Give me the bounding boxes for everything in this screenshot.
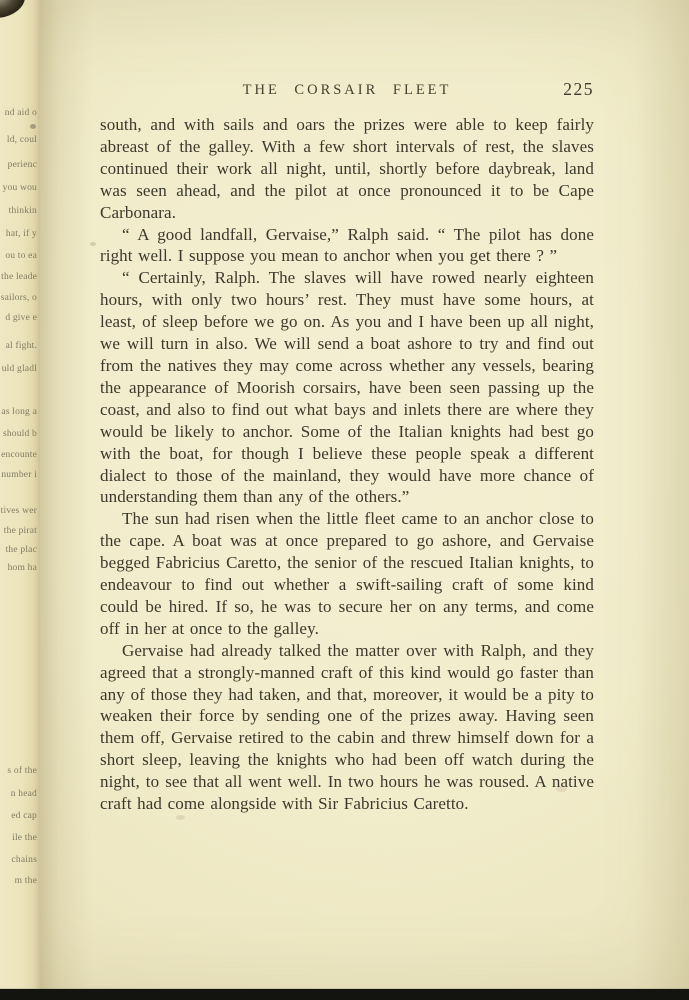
adjacent-page-text-fragment: hom ha	[8, 563, 37, 573]
adjacent-page-text-fragment: tives wer	[1, 506, 37, 516]
adjacent-page-text-fragment: ou to ea	[5, 251, 37, 261]
adjacent-page-text-fragment: s of the	[7, 766, 37, 776]
adjacent-page-text-fragment: should b	[3, 429, 37, 439]
page-number: 225	[563, 79, 594, 100]
page-body-text: south, and with sails and oars the prize…	[100, 114, 594, 815]
paper-speck	[176, 815, 185, 820]
adjacent-page-text-fragment: number i	[1, 470, 37, 480]
adjacent-page-text-fragment: ed cap	[11, 811, 37, 821]
body-paragraph: “ A good landfall, Gervaise,” Ralph said…	[100, 224, 594, 268]
adjacent-page-text-fragment: nd aid o	[5, 108, 37, 118]
adjacent-page-text-fragment: sailors, o	[1, 293, 37, 303]
body-paragraph: Gervaise had already talked the matter o…	[100, 640, 594, 815]
body-paragraph: south, and with sails and oars the prize…	[100, 114, 594, 224]
body-paragraph: “ Certainly, Ralph. The slaves will have…	[100, 267, 594, 508]
adjacent-page-text-fragment: chains	[12, 855, 37, 865]
adjacent-page-text-fragment: ile the	[12, 833, 37, 843]
body-paragraph: The sun had risen when the little fleet …	[100, 508, 594, 639]
adjacent-page-text-fragment: you wou	[3, 183, 37, 193]
adjacent-page-text-fragment: the leade	[1, 272, 37, 282]
adjacent-page-text-fragment: m the	[15, 876, 37, 886]
scan-edge-bar	[0, 989, 689, 1000]
adjacent-page-text-fragment: encounte	[1, 450, 37, 460]
running-head: THE CORSAIR FLEET 225	[100, 79, 594, 101]
adjacent-page-text-fragment: perienc	[8, 160, 37, 170]
adjacent-page-text-fragment: n head	[11, 789, 37, 799]
adjacent-page-text-fragment: uld gladl	[2, 364, 37, 374]
paper-speck	[90, 242, 96, 246]
adjacent-page-edge: nd aid o ld, coul perienc you wou thinki…	[0, 0, 40, 990]
adjacent-page-text-fragment: ld, coul	[7, 135, 37, 145]
adjacent-page-text-fragment: hat, if y	[6, 229, 37, 239]
adjacent-page-text-fragment: as long a	[1, 407, 37, 417]
adjacent-page-text-fragment: the plac	[6, 545, 37, 555]
book-page-scan: nd aid o ld, coul perienc you wou thinki…	[0, 0, 689, 1000]
adjacent-page-text-fragment: al fight.	[6, 341, 37, 351]
adjacent-page-text-fragment: d give e	[5, 313, 37, 323]
adjacent-page-text-fragment: thinkin	[9, 206, 37, 216]
adjacent-page-text-fragment: the pirat	[4, 526, 37, 536]
running-header-title: THE CORSAIR FLEET	[243, 82, 452, 99]
book-gutter-shadow	[40, 0, 92, 1000]
